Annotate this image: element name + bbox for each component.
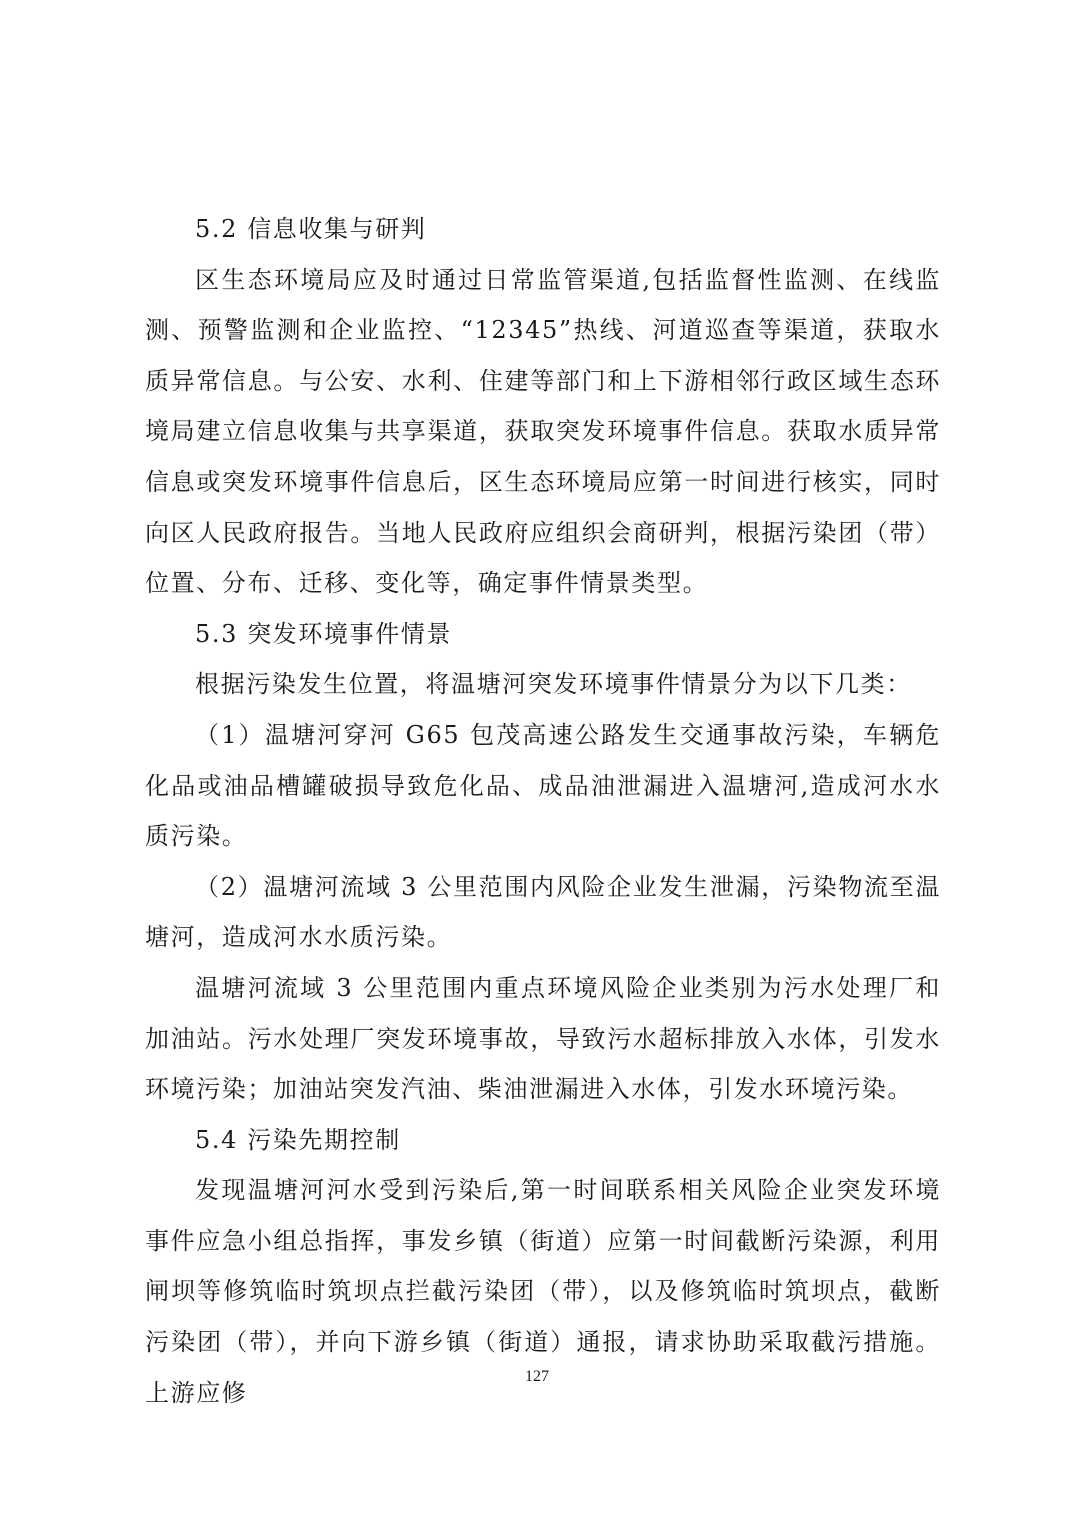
document-page: 5.2 信息收集与研判 区生态环境局应及时通过日常监管渠道,包括监督性监测、在线… bbox=[145, 204, 941, 1418]
paragraph-risk-enterprises: 温塘河流域 3 公里范围内重点环境风险企业类别为污水处理厂和加油站。污水处理厂突… bbox=[145, 963, 941, 1115]
section-heading-5-3: 5.3 突发环境事件情景 bbox=[145, 609, 941, 660]
paragraph-scenario-1: （1）温塘河穿河 G65 包茂高速公路发生交通事故污染，车辆危化品或油品槽罐破损… bbox=[145, 710, 941, 862]
paragraph-scenario-intro: 根据污染发生位置，将温塘河突发环境事件情景分为以下几类： bbox=[145, 659, 941, 710]
paragraph-information-collection: 区生态环境局应及时通过日常监管渠道,包括监督性监测、在线监测、预警监测和企业监控… bbox=[145, 255, 941, 609]
page-number: 127 bbox=[0, 1368, 1074, 1386]
paragraph-scenario-2: （2）温塘河流域 3 公里范围内风险企业发生泄漏，污染物流至温塘河，造成河水水质… bbox=[145, 862, 941, 963]
section-heading-5-2: 5.2 信息收集与研判 bbox=[145, 204, 941, 255]
section-heading-5-4: 5.4 污染先期控制 bbox=[145, 1115, 941, 1166]
